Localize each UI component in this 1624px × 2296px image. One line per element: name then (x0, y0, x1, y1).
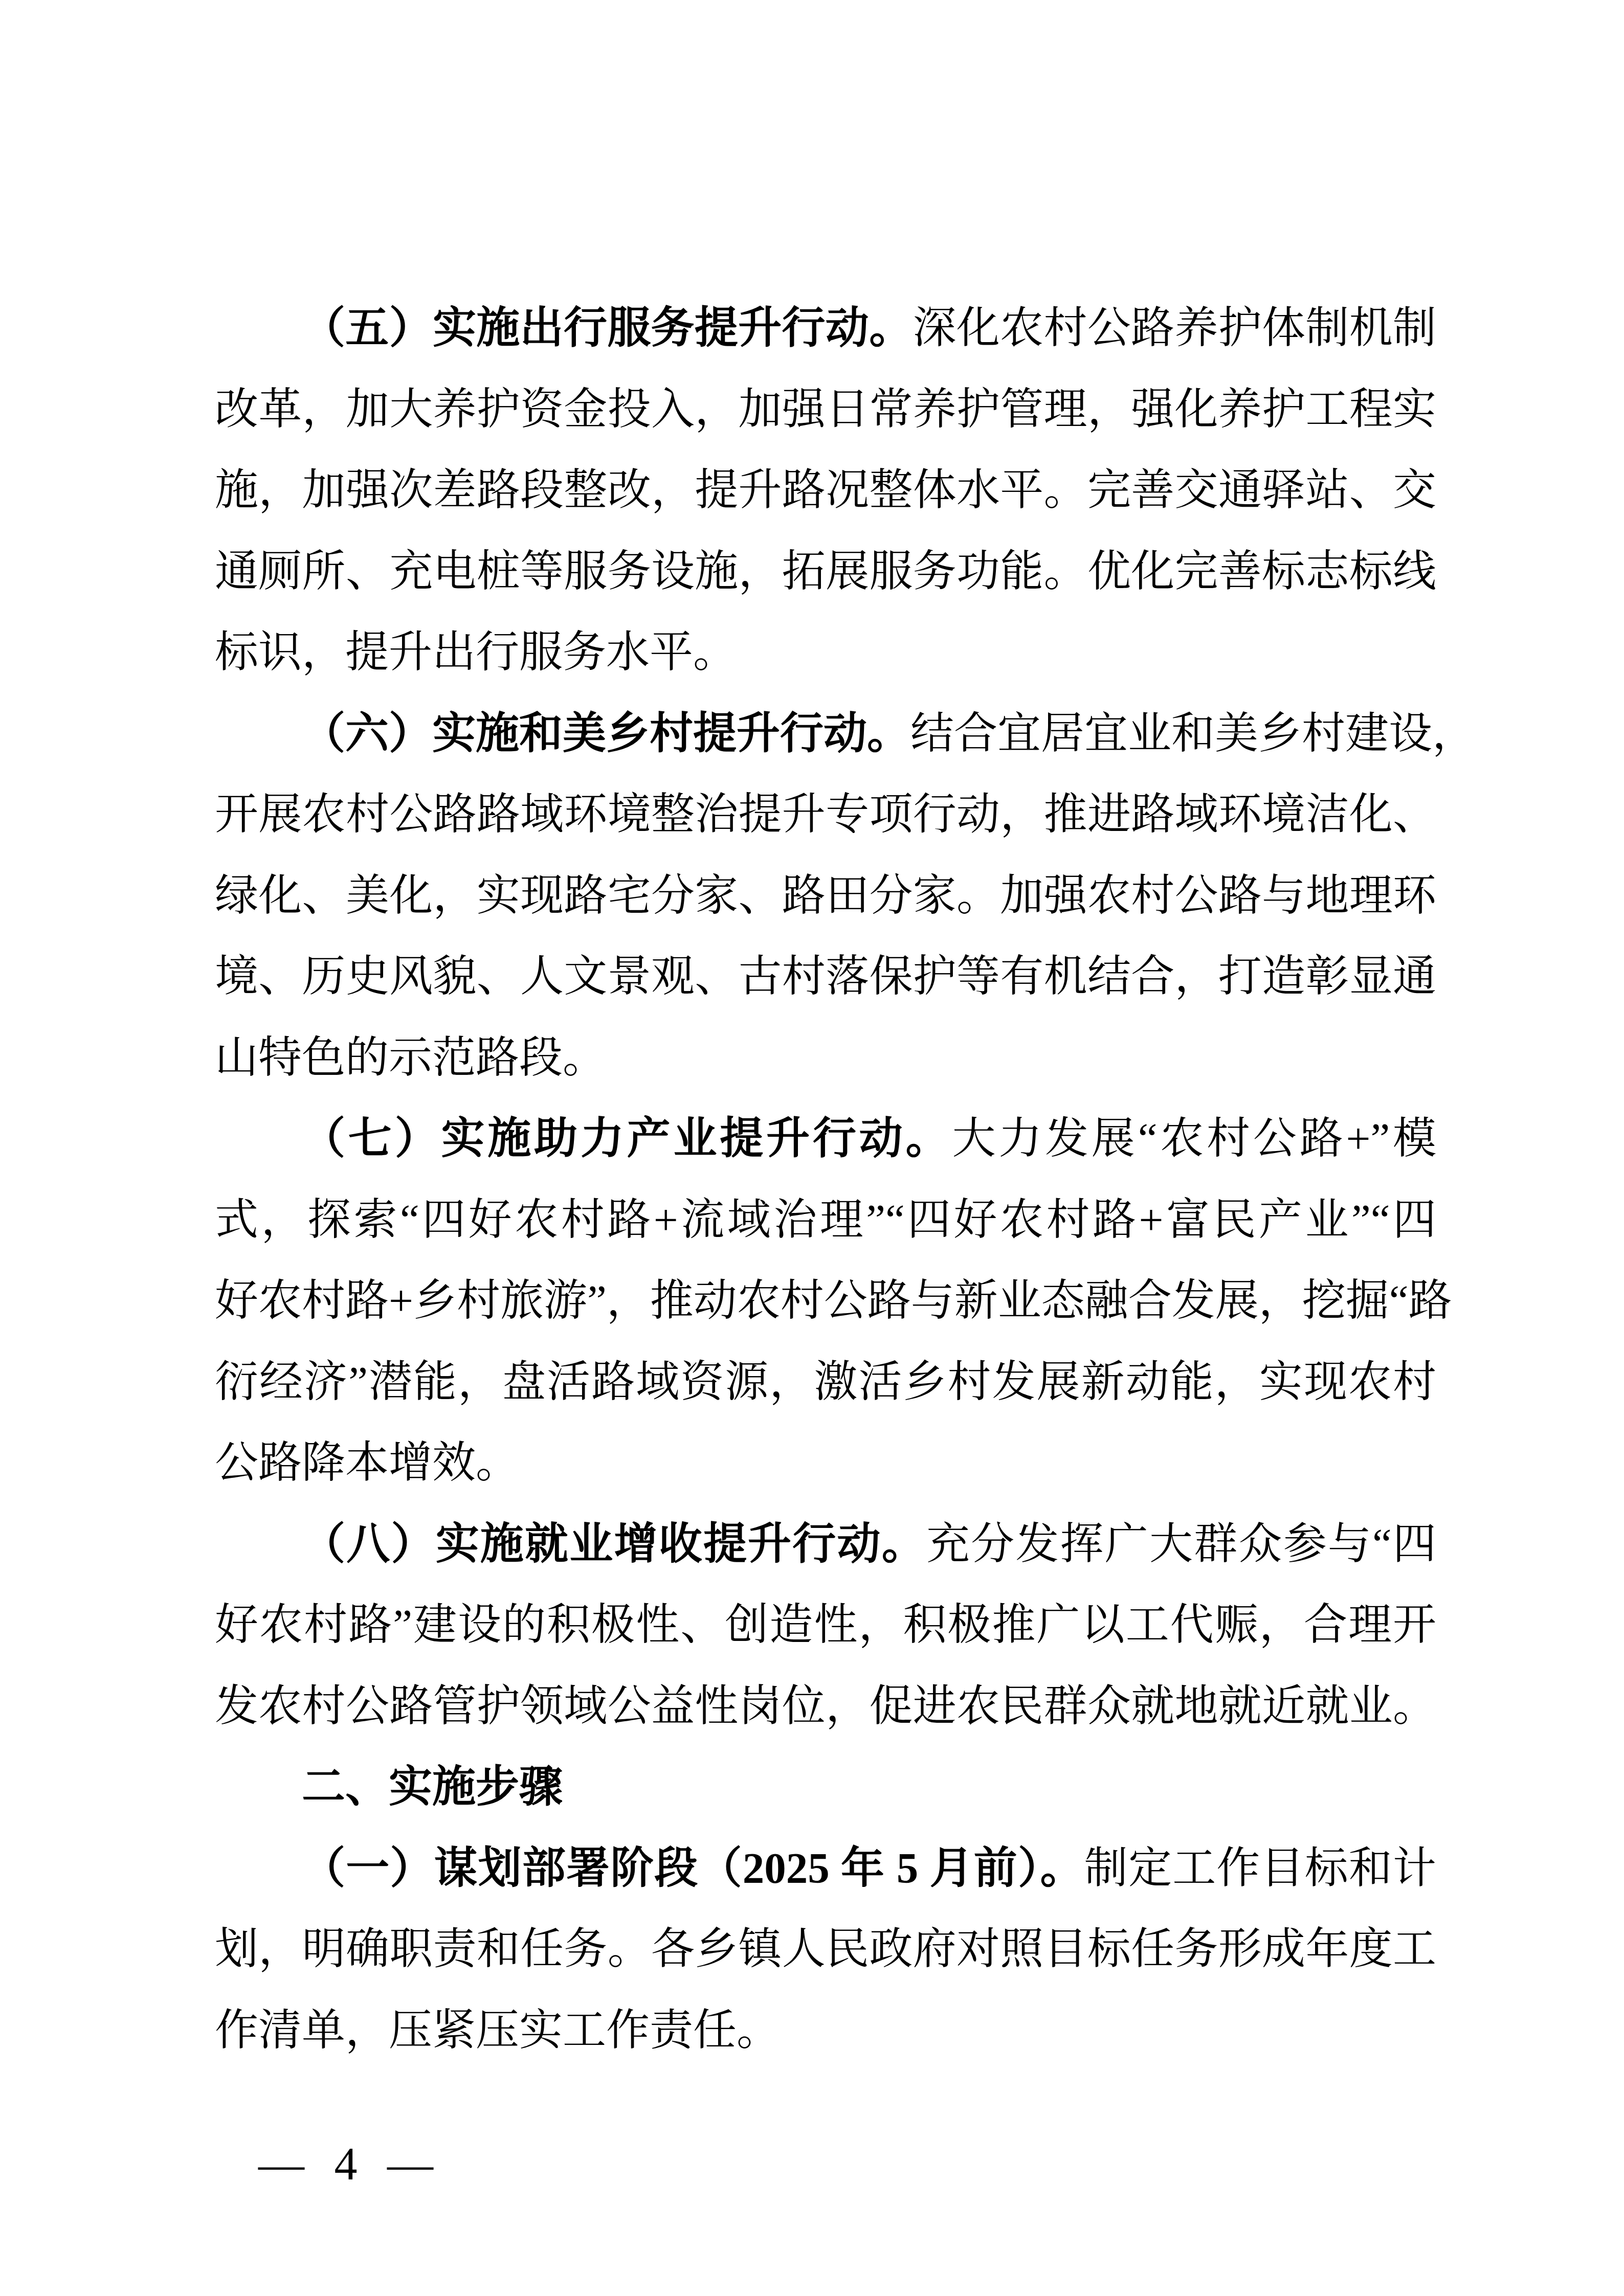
para-6-line-2: 开展农村公路路域环境整治提升专项行动，推进路域环境洁化、 (215, 774, 1436, 856)
para-5-text-5: 标识，提升出行服务水平。 (215, 628, 737, 677)
para-5-lead: （五）实施出行服务提升行动。 (302, 304, 913, 352)
para-8-lead: （八）实施就业增收提升行动。 (302, 1520, 926, 1568)
para-8-line-3: 发农村公路管护领域公益性岗位，促进农民群众就地就近就业。 (215, 1666, 1436, 1747)
para-7-text-3: 好农村路+乡村旅游”，推动农村公路与新业态融合发展，挖掘“路 (215, 1277, 1452, 1325)
para-6-text-5: 山特色的示范路段。 (215, 1034, 606, 1082)
section-heading-text: 二、实施步骤 (302, 1763, 563, 1811)
para-8-text-3: 发农村公路管护领域公益性岗位，促进农民群众就地就近就业。 (215, 1682, 1436, 1730)
para-7-line-1: （七）实施助力产业提升行动。大力发展“农村公路+”模 (215, 1098, 1436, 1180)
para-1-text-1: 制定工作目标和计 (1084, 1844, 1436, 1893)
para-6-line-4: 境、历史风貌、人文景观、古村落保护等有机结合，打造彰显通 (215, 936, 1436, 1018)
para-8-text-1: 充分发挥广大群众参与“四 (926, 1520, 1436, 1568)
para-1-text-2: 划，明确职责和任务。各乡镇人民政府对照目标任务形成年度工 (215, 1925, 1436, 1973)
para-5-text-3: 施，加强次差路段整改，提升路况整体水平。完善交通驿站、交 (215, 466, 1436, 514)
para-7-line-3: 好农村路+乡村旅游”，推动农村公路与新业态融合发展，挖掘“路 (215, 1260, 1436, 1342)
para-5-line-4: 通厕所、充电桩等服务设施，拓展服务功能。优化完善标志标线 (215, 531, 1436, 613)
para-7-text-2: 式，探索“四好农村路+流域治理”“四好农村路+富民产业”“四 (215, 1196, 1436, 1244)
para-7-lead: （七）实施助力产业提升行动。 (302, 1115, 952, 1163)
para-1-line-3: 作清单，压紧压实工作责任。 (215, 1990, 1436, 2072)
para-5-line-3: 施，加强次差路段整改，提升路况整体水平。完善交通驿站、交 (215, 450, 1436, 531)
para-6-text-1: 结合宜居宜业和美乡村建设， (910, 710, 1476, 758)
document-body: （五）实施出行服务提升行动。深化农村公路养护体制机制 改革，加大养护资金投入，加… (215, 288, 1436, 2071)
para-7-line-2: 式，探索“四好农村路+流域治理”“四好农村路+富民产业”“四 (215, 1180, 1436, 1261)
para-1-line-1: （一）谋划部署阶段（2025 年 5 月前）。制定工作目标和计 (215, 1828, 1436, 1909)
para-7-text-1: 大力发展“农村公路+”模 (952, 1115, 1436, 1163)
para-5-line-1: （五）实施出行服务提升行动。深化农村公路养护体制机制 (215, 288, 1436, 369)
para-6-lead: （六）实施和美乡村提升行动。 (302, 710, 910, 758)
para-1-lead: （一）谋划部署阶段（2025 年 5 月前）。 (302, 1844, 1084, 1893)
para-7-line-5: 公路降本增效。 (215, 1423, 1436, 1504)
para-8-line-2: 好农村路”建设的积极性、创造性，积极推广以工代赈，合理开 (215, 1585, 1436, 1666)
para-5-line-5: 标识，提升出行服务水平。 (215, 612, 1436, 693)
para-1-text-3: 作清单，压紧压实工作责任。 (215, 2007, 780, 2055)
para-5-text-4: 通厕所、充电桩等服务设施，拓展服务功能。优化完善标志标线 (215, 548, 1436, 596)
document-page: { "doc": { "paragraphs": [ { "type": "bo… (0, 0, 1624, 2296)
para-7-text-4: 衍经济”潜能，盘活路域资源，激活乡村发展新动能，实现农村 (215, 1358, 1436, 1406)
section-heading: 二、实施步骤 (215, 1747, 1436, 1828)
para-7-text-5: 公路降本增效。 (215, 1439, 519, 1487)
para-6-text-3: 绿化、美化，实现路宅分家、路田分家。加强农村公路与地理环 (215, 872, 1436, 920)
page-number: — 4 — (258, 2131, 442, 2198)
para-6-text-2: 开展农村公路路域环境整治提升专项行动，推进路域环境洁化、 (215, 791, 1436, 839)
para-5-line-2: 改革，加大养护资金投入，加强日常养护管理，强化养护工程实 (215, 369, 1436, 451)
para-5-text-1: 深化农村公路养护体制机制 (913, 304, 1436, 352)
para-8-line-1: （八）实施就业增收提升行动。充分发挥广大群众参与“四 (215, 1504, 1436, 1585)
para-6-text-4: 境、历史风貌、人文景观、古村落保护等有机结合，打造彰显通 (215, 953, 1436, 1001)
para-8-text-2: 好农村路”建设的积极性、创造性，积极推广以工代赈，合理开 (215, 1601, 1436, 1649)
para-6-line-5: 山特色的示范路段。 (215, 1018, 1436, 1099)
para-5-text-2: 改革，加大养护资金投入，加强日常养护管理，强化养护工程实 (215, 386, 1436, 434)
para-1-line-2: 划，明确职责和任务。各乡镇人民政府对照目标任务形成年度工 (215, 1909, 1436, 1990)
para-7-line-4: 衍经济”潜能，盘活路域资源，激活乡村发展新动能，实现农村 (215, 1342, 1436, 1423)
para-6-line-1: （六）实施和美乡村提升行动。结合宜居宜业和美乡村建设， (215, 693, 1436, 775)
para-6-line-3: 绿化、美化，实现路宅分家、路田分家。加强农村公路与地理环 (215, 856, 1436, 937)
